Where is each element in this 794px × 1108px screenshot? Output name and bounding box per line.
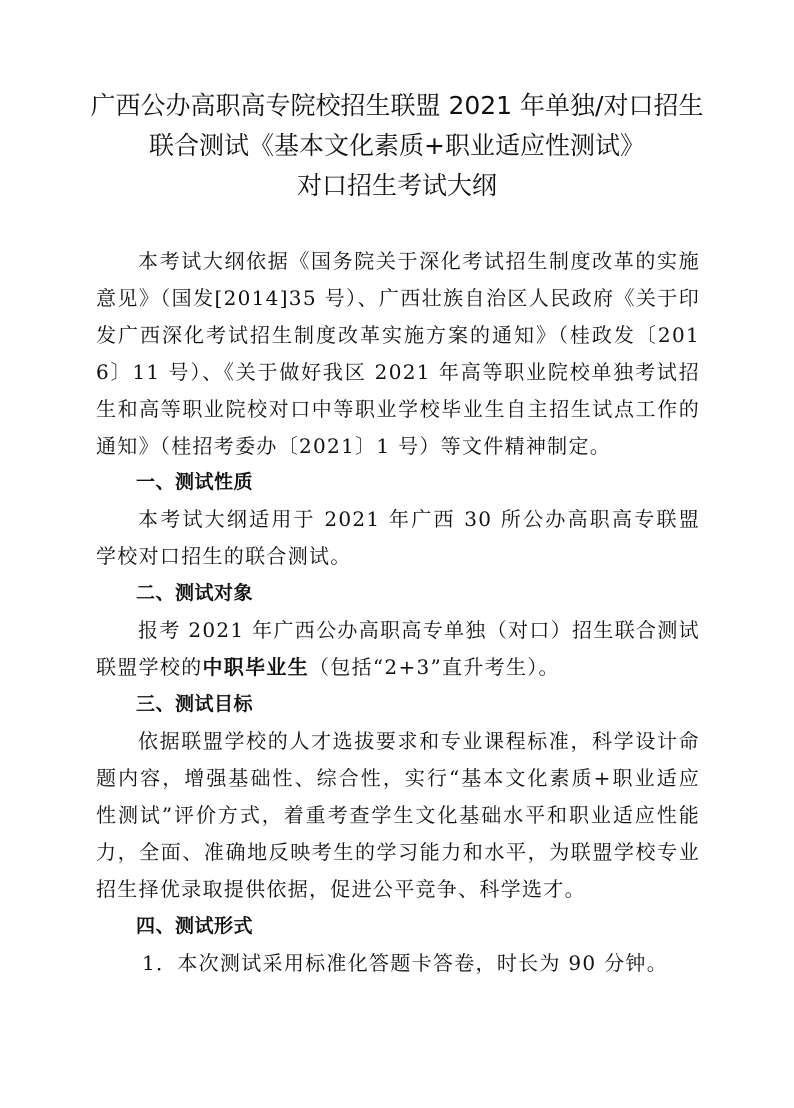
section-heading-target: 二、测试对象 [96,575,700,612]
section-heading-form: 四、测试形式 [96,908,700,945]
title-line-3: 对口招生考试大纲 [0,166,794,206]
document-page: 广西公办高职高专院校招生联盟 2021 年单独/对口招生 联合测试《基本文化素质… [0,0,794,1108]
section-paragraph-nature: 本考试大纲适用于 2021 年广西 30 所公办高职高专联盟学校对口招生的联合测… [96,501,700,575]
document-title: 广西公办高职高专院校招生联盟 2021 年单独/对口招生 联合测试《基本文化素质… [0,86,794,206]
section-heading-goal: 三、测试目标 [96,686,700,723]
section-heading-nature: 一、测试性质 [96,464,700,501]
document-body: 本考试大纲依据《国务院关于深化考试招生制度改革的实施意见》（国发[2014]35… [96,243,700,982]
section-paragraph-goal: 依据联盟学校的人才选拔要求和专业课程标准，科学设计命题内容，增强基础性、综合性，… [96,723,700,908]
section-paragraph-target: 报考 2021 年广西公办高职高专单独（对口）招生联合测试联盟学校的中职毕业生（… [96,612,700,686]
target-text-after: （包括“2+3”直升考生）。 [309,655,560,679]
title-line-2: 联合测试《基本文化素质+职业适应性测试》 [0,126,794,166]
title-line-1: 广西公办高职高专院校招生联盟 2021 年单独/对口招生 [0,86,794,126]
target-text-bold: 中职毕业生 [203,655,310,679]
form-item-1: 1．本次测试采用标准化答题卡答卷，时长为 90 分钟。 [96,945,700,982]
intro-paragraph: 本考试大纲依据《国务院关于深化考试招生制度改革的实施意见》（国发[2014]35… [96,243,700,464]
